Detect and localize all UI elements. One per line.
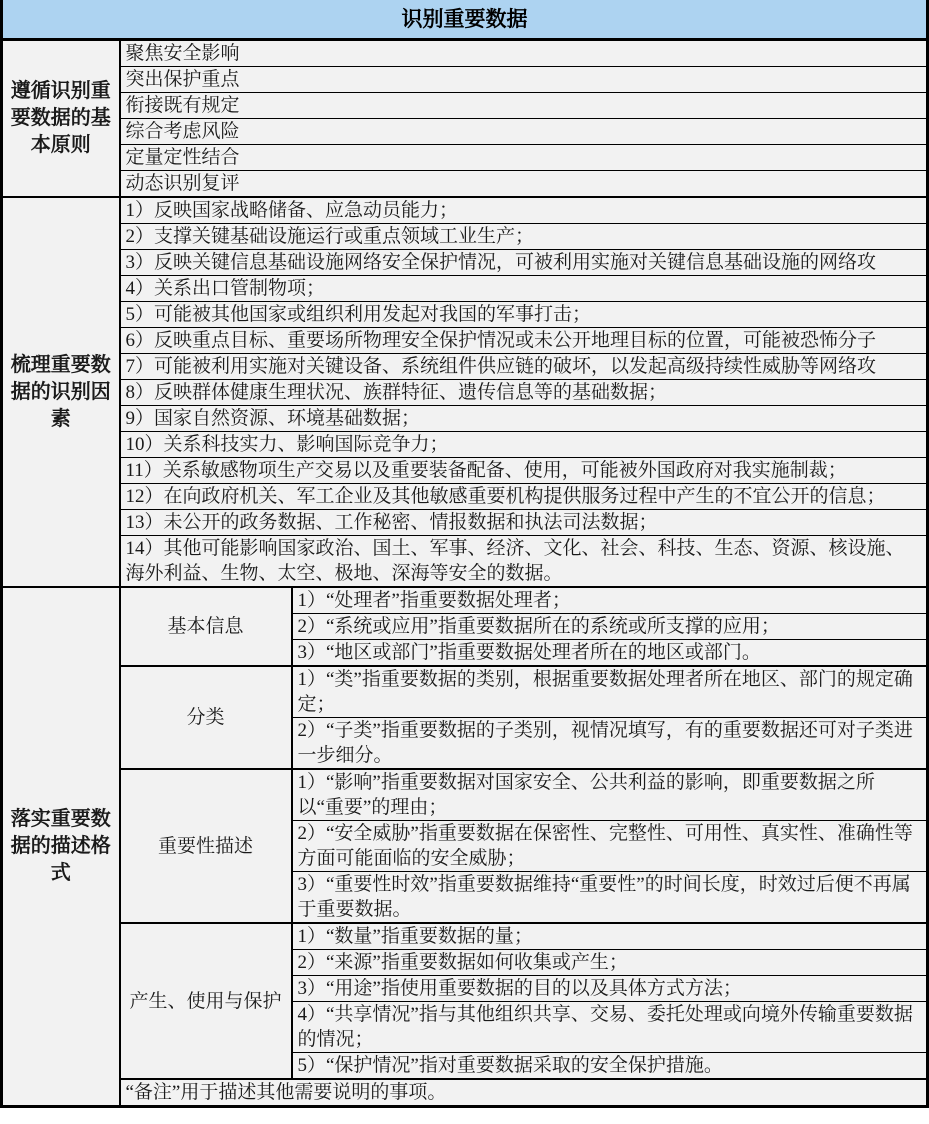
- factor-item: 11）关系敏感物项生产交易以及重要装备配备、使用，可能被外国政府对我实施制裁；: [120, 458, 928, 484]
- factor-item: 14）其他可能影响国家政治、国土、军事、经济、文化、社会、科技、生态、资源、核设…: [120, 536, 928, 588]
- factor-item: 1）反映国家战略储备、应急动员能力；: [120, 197, 928, 224]
- factor-item: 12）在向政府机关、军工企业及其他敏感重要机构提供服务过程中产生的不宜公开的信息…: [120, 484, 928, 510]
- format-item: 3）“重要性时效”指重要数据维持“重要性”的时间长度，时效过后便不再属于重要数据…: [292, 872, 928, 924]
- section-label-factors: 梳理重要数据的识别因素: [2, 197, 120, 587]
- group-label-generation-use-protection: 产生、使用与保护: [120, 923, 292, 1079]
- principle-item: 动态识别复评: [120, 171, 928, 198]
- factor-item: 7）可能被利用实施对关键设备、系统组件供应链的破坏，以发起高级持续性威胁等网络攻: [120, 354, 928, 380]
- format-item: 1）“类”指重要数据的类别，根据重要数据处理者所在地区、部门的规定确定；: [292, 666, 928, 718]
- format-item: 1）“数量”指重要数据的量；: [292, 923, 928, 950]
- factor-item: 2）支撑关键基础设施运行或重点领域工业生产；: [120, 224, 928, 250]
- group-label-basic-info: 基本信息: [120, 587, 292, 666]
- factor-item: 5）可能被其他国家或组织利用发起对我国的军事打击；: [120, 302, 928, 328]
- format-item: 2）“安全威胁”指重要数据在保密性、完整性、可用性、真实性、准确性等方面可能面临…: [292, 821, 928, 872]
- format-item: 4）“共享情况”指与其他组织共享、交易、委托处理或向境外传输重要数据的情况；: [292, 1002, 928, 1053]
- format-item: 1）“处理者”指重要数据处理者；: [292, 587, 928, 614]
- format-item: 2）“子类”指重要数据的子类别，视情况填写，有的重要数据还可对子类进一步细分。: [292, 718, 928, 770]
- principle-item: 综合考虑风险: [120, 119, 928, 145]
- format-item: 2）“系统或应用”指重要数据所在的系统或所支撑的应用；: [292, 614, 928, 640]
- format-item: 1）“影响”指重要数据对国家安全、公共利益的影响，即重要数据之所以“重要”的理由…: [292, 769, 928, 821]
- factor-item: 3）反映关键信息基础设施网络安全保护情况，可被利用实施对关键信息基础设施的网络攻: [120, 250, 928, 276]
- factor-item: 9）国家自然资源、环境基础数据；: [120, 406, 928, 432]
- format-item: 3）“地区或部门”指重要数据处理者所在的地区或部门。: [292, 640, 928, 667]
- principle-item: 突出保护重点: [120, 67, 928, 93]
- factor-item: 4）关系出口管制物项；: [120, 276, 928, 302]
- factor-item: 10）关系科技实力、影响国际竞争力；: [120, 432, 928, 458]
- factor-item: 8）反映群体健康生理状况、族群特征、遗传信息等的基础数据；: [120, 380, 928, 406]
- section-label-format: 落实重要数据的描述格式: [2, 587, 120, 1107]
- format-item: 2）“来源”指重要数据如何收集或产生；: [292, 950, 928, 976]
- section-label-principles: 遵循识别重要数据的基本原则: [2, 40, 120, 198]
- group-label-importance: 重要性描述: [120, 769, 292, 923]
- principle-item: 衔接既有规定: [120, 93, 928, 119]
- principle-item: 聚焦安全影响: [120, 40, 928, 67]
- principle-item: 定量定性结合: [120, 145, 928, 171]
- factor-item: 13）未公开的政务数据、工作秘密、情报数据和执法司法数据；: [120, 510, 928, 536]
- factor-item: 6）反映重点目标、重要场所物理安全保护情况或未公开地理目标的位置，可能被恐怖分子: [120, 328, 928, 354]
- format-item: 5）“保护情况”指对重要数据采取的安全保护措施。: [292, 1053, 928, 1080]
- group-label-classification: 分类: [120, 666, 292, 769]
- important-data-identification-table: 识别重要数据 遵循识别重要数据的基本原则 聚焦安全影响 突出保护重点 衔接既有规…: [0, 0, 929, 1108]
- table-title: 识别重要数据: [2, 0, 928, 40]
- note-cell: “备注”用于描述其他需要说明的事项。: [120, 1079, 928, 1107]
- format-item: 3）“用途”指使用重要数据的目的以及具体方式方法；: [292, 976, 928, 1002]
